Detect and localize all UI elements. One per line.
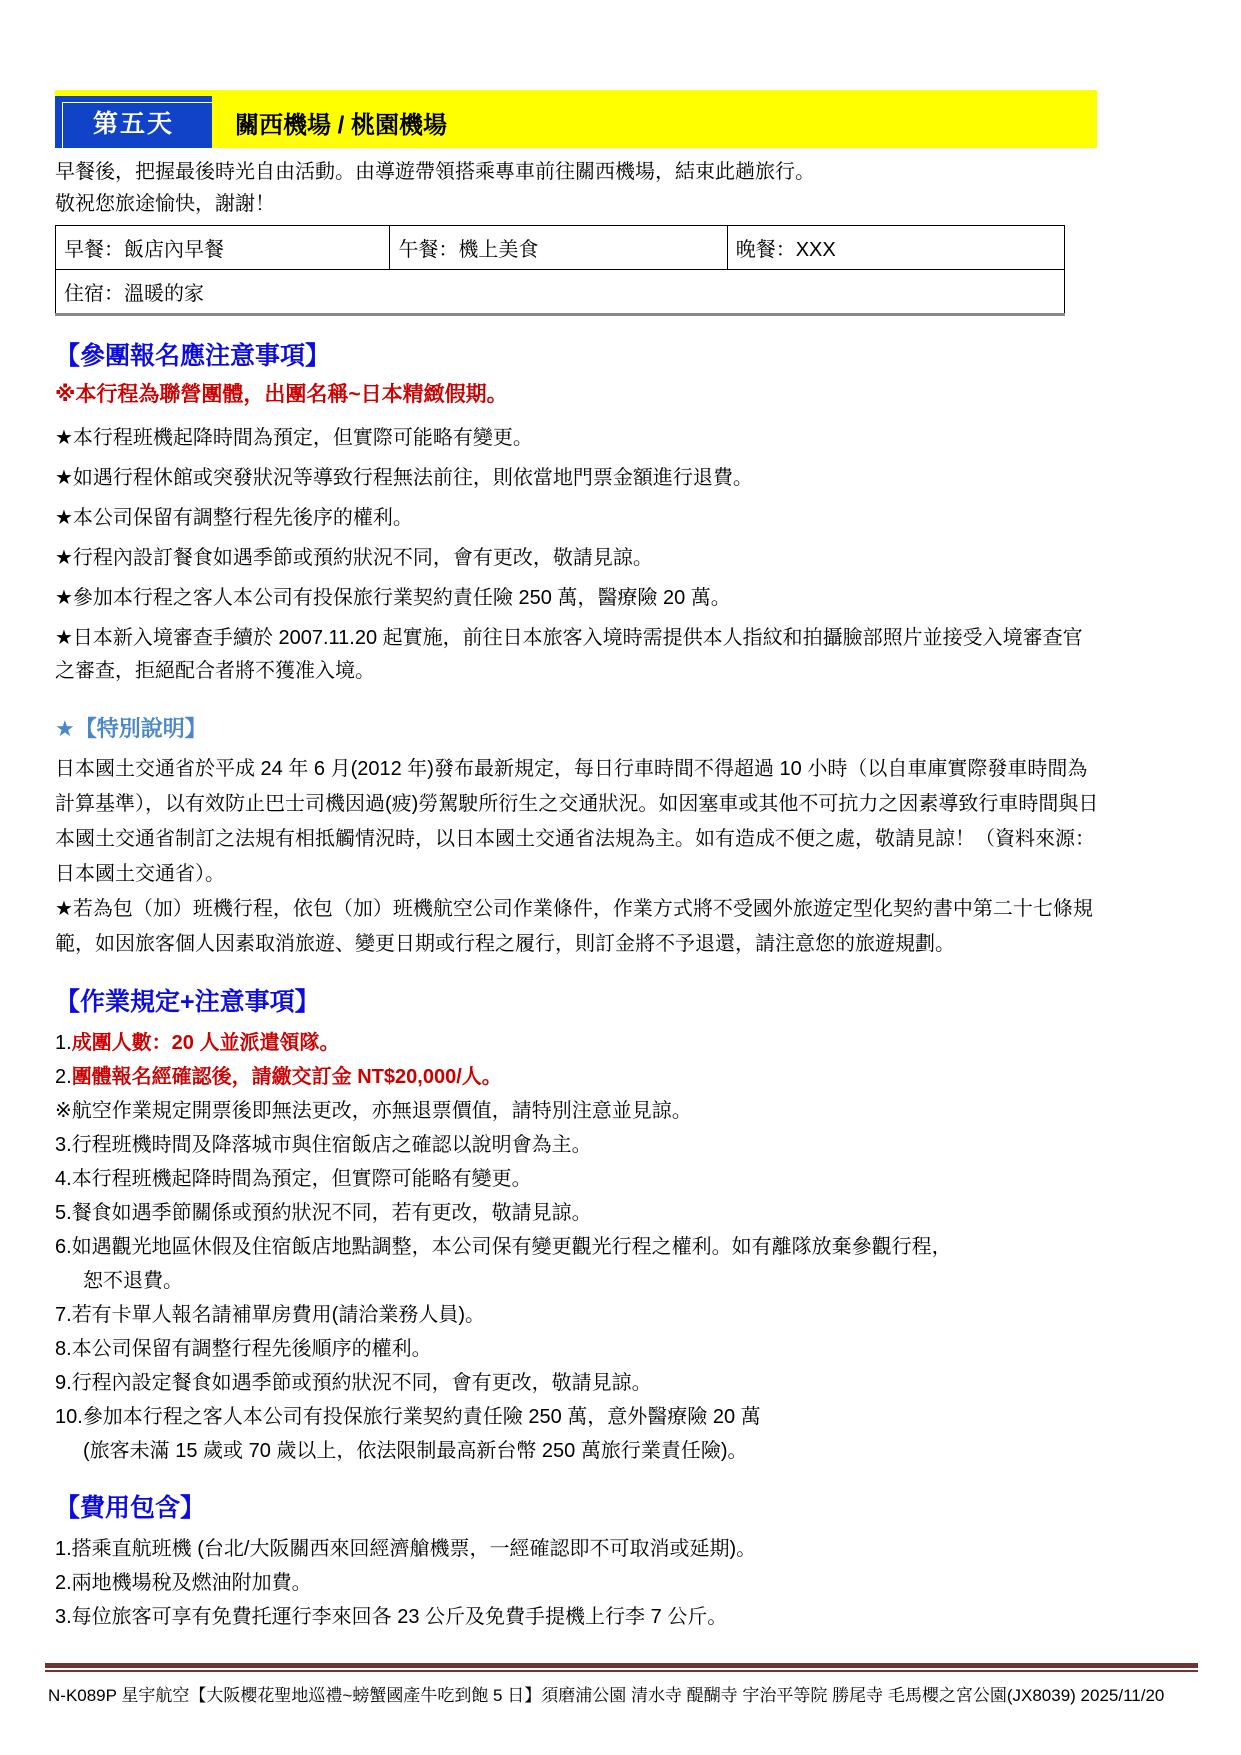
- fee-item-2: 2.兩地機場稅及燃油附加費。: [55, 1566, 1100, 1600]
- joint-tour-note: ※本行程為聯營團體，出團名稱~日本精緻假期。: [55, 380, 1100, 410]
- rule-number: 9.: [55, 1372, 72, 1394]
- day-title: 關西機場 / 桃園機場: [235, 96, 1097, 148]
- fee-item-3: 3.每位旅客可享有免費托運行李來回各 23 公斤及免費手提機上行李 7 公斤。: [55, 1600, 1100, 1634]
- signup-bullet-6: ★日本新入境審查手續於 2007.11.20 起實施，前往日本旅客入境時需提供本…: [55, 622, 1100, 688]
- rule-item-2: 2.團體報名經確認後，請繳交訂金 NT$20,000/人。: [55, 1060, 1100, 1094]
- footer-divider: [45, 1663, 1198, 1672]
- rule-item-airline-note: ※航空作業規定開票後即無法更改，亦無退票價值，請特別注意並見諒。: [55, 1094, 1100, 1128]
- lunch-cell: 午餐：機上美食: [390, 226, 727, 270]
- rule-text: 行程內設定餐食如遇季節或預約狀況不同，會有更改，敬請見諒。: [72, 1372, 652, 1394]
- fee-item-1: 1.搭乘直航班機 (台北/大阪關西來回經濟艙機票，一經確認即不可取消或延期)。: [55, 1532, 1100, 1566]
- intro-line-1: 早餐後，把握最後時光自由活動。由導遊帶領搭乘專車前往關西機場，結束此趟旅行。: [55, 156, 1100, 188]
- rule-text: 如遇觀光地區休假及住宿飯店地點調整，本公司保有變更觀光行程之權利。如有離隊放棄參…: [72, 1236, 952, 1258]
- rule-number: 4.: [55, 1168, 72, 1190]
- signup-notes-heading: 【參團報名應注意事項】: [55, 340, 1100, 372]
- rule-item-1: 1.成團人數：20 人並派遣領隊。: [55, 1026, 1100, 1060]
- day-banner: 第五天 關西機場 / 桃園機場: [55, 90, 1097, 148]
- rule-text: 若有卡單人報名請補單房費用(請洽業務人員)。: [72, 1304, 485, 1326]
- rule-item-7: 7.若有卡單人報名請補單房費用(請洽業務人員)。: [55, 1298, 1100, 1332]
- rule-number: 8.: [55, 1338, 72, 1360]
- rule-text: 參加本行程之客人本公司有投保旅行業契約責任險 250 萬，意外醫療險 20 萬: [83, 1406, 761, 1428]
- intro-line-2: 敬祝您旅途愉快，謝謝！: [55, 188, 1100, 220]
- signup-bullet-1: ★本行程班機起降時間為預定，但實際可能略有變更。: [55, 422, 1100, 455]
- fees-heading: 【費用包含】: [55, 1492, 1100, 1524]
- transport-regulation-paragraph: 日本國土交通省於平成 24 年 6 月(2012 年)發布最新規定，每日行車時間…: [55, 752, 1100, 892]
- day-badge: 第五天: [55, 96, 212, 148]
- signup-bullet-5: ★參加本行程之客人本公司有投保旅行業契約責任險 250 萬，醫療險 20 萬。: [55, 582, 1100, 615]
- rule-continuation: (旅客未滿 15 歲或 70 歲以上，依法限制最高新台幣 250 萬旅行業責任險…: [55, 1434, 1100, 1468]
- charter-flight-paragraph: ★若為包（加）班機行程，依包（加）班機航空公司作業條件，作業方式將不受國外旅遊定…: [55, 892, 1100, 962]
- footer-text: N-K089P 星宇航空【大阪櫻花聖地巡禮~螃蟹國產牛吃到飽 5 日】須磨浦公園…: [48, 1684, 1228, 1708]
- rule-number: 3.: [55, 1134, 72, 1156]
- rule-text: 成團人數：20 人並派遣領隊。: [72, 1032, 340, 1054]
- lodging-row: 住宿：溫暖的家: [56, 270, 1065, 315]
- meal-table: 早餐：飯店內早餐 午餐：機上美食 晚餐：XXX 住宿：溫暖的家: [55, 225, 1065, 316]
- rule-item-10: 10.參加本行程之客人本公司有投保旅行業契約責任險 250 萬，意外醫療險 20…: [55, 1400, 1100, 1468]
- rule-text: 行程班機時間及降落城市與住宿飯店之確認以說明會為主。: [72, 1134, 592, 1156]
- page-content: 第五天 關西機場 / 桃園機場 早餐後，把握最後時光自由活動。由導遊帶領搭乘專車…: [55, 90, 1100, 1634]
- rule-text: ※航空作業規定開票後即無法更改，亦無退票價值，請特別注意並見諒。: [55, 1100, 692, 1122]
- dinner-cell: 晚餐：XXX: [727, 226, 1064, 270]
- rule-item-5: 5.餐食如遇季節關係或預約狀況不同，若有更改，敬請見諒。: [55, 1196, 1100, 1230]
- rule-number: 1.: [55, 1032, 72, 1054]
- rule-item-6: 6.如遇觀光地區休假及住宿飯店地點調整，本公司保有變更觀光行程之權利。如有離隊放…: [55, 1230, 1100, 1298]
- meal-row: 早餐：飯店內早餐 午餐：機上美食 晚餐：XXX: [56, 226, 1065, 270]
- rule-item-3: 3.行程班機時間及降落城市與住宿飯店之確認以說明會為主。: [55, 1128, 1100, 1162]
- special-note-heading: ★【特別說明】: [55, 714, 1100, 744]
- rule-text: 本行程班機起降時間為預定，但實際可能略有變更。: [72, 1168, 532, 1190]
- rule-text: 團體報名經確認後，請繳交訂金 NT$20,000/人。: [72, 1066, 502, 1088]
- day-label: 第五天: [93, 104, 174, 140]
- rule-number: 10.: [55, 1406, 83, 1428]
- rule-item-4: 4.本行程班機起降時間為預定，但實際可能略有變更。: [55, 1162, 1100, 1196]
- signup-bullet-2: ★如遇行程休館或突發狀況等導致行程無法前往，則依當地門票金額進行退費。: [55, 462, 1100, 495]
- rule-item-8: 8.本公司保留有調整行程先後順序的權利。: [55, 1332, 1100, 1366]
- work-rules-heading: 【作業規定+注意事項】: [55, 986, 1100, 1018]
- signup-bullet-3: ★本公司保留有調整行程先後序的權利。: [55, 502, 1100, 535]
- rule-number: 2.: [55, 1066, 72, 1088]
- rule-number: 6.: [55, 1236, 72, 1258]
- rule-number: 5.: [55, 1202, 72, 1224]
- rule-text: 本公司保留有調整行程先後順序的權利。: [72, 1338, 432, 1360]
- breakfast-cell: 早餐：飯店內早餐: [56, 226, 390, 270]
- itinerary-page: 第五天 關西機場 / 桃園機場 早餐後，把握最後時光自由活動。由導遊帶領搭乘專車…: [0, 0, 1241, 1755]
- rule-text: 餐食如遇季節關係或預約狀況不同，若有更改，敬請見諒。: [72, 1202, 592, 1224]
- rule-number: 7.: [55, 1304, 72, 1326]
- intro-paragraph: 早餐後，把握最後時光自由活動。由導遊帶領搭乘專車前往關西機場，結束此趟旅行。 敬…: [55, 156, 1100, 220]
- signup-bullet-4: ★行程內設訂餐食如遇季節或預約狀況不同，會有更改，敬請見諒。: [55, 542, 1100, 575]
- rule-item-9: 9.行程內設定餐食如遇季節或預約狀況不同，會有更改，敬請見諒。: [55, 1366, 1100, 1400]
- lodging-cell: 住宿：溫暖的家: [56, 270, 1065, 315]
- rule-continuation: 恕不退費。: [55, 1264, 1100, 1298]
